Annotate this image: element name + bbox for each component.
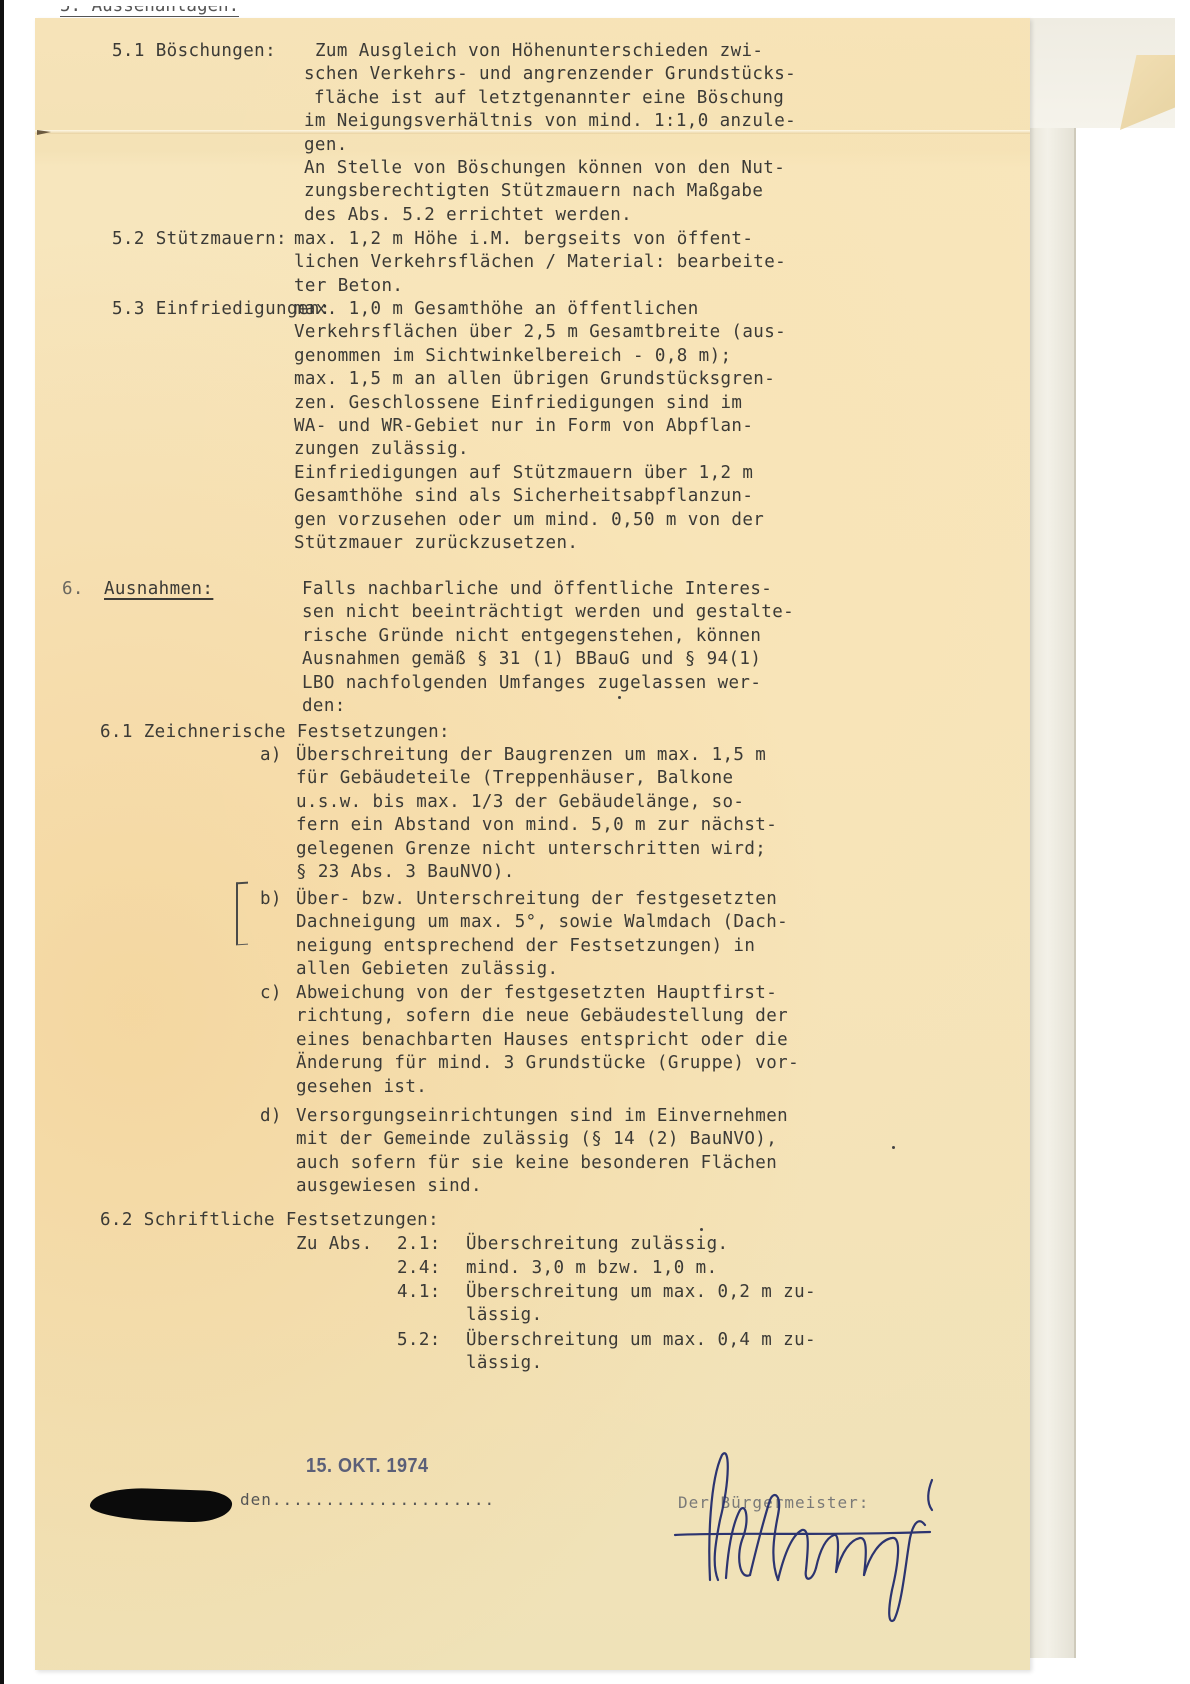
section-6-2-line: lässig. (466, 1304, 543, 1326)
section-5-3-line: genommen im Sichtwinkelbereich - 0,8 m); (294, 345, 731, 367)
section-6-1-item-marker: c) (260, 982, 282, 1004)
section-6-2-line: Überschreitung zulässig. (466, 1233, 728, 1255)
section-6-1-item-line: eines benachbarten Hauses entspricht ode… (296, 1029, 788, 1051)
section-6-1-item-line: mit der Gemeinde zulässig (§ 14 (2) BauN… (296, 1128, 777, 1150)
section-5-3-line: zen. Geschlossene Einfriedigungen sind i… (294, 392, 742, 414)
section-5-1-line: schen Verkehrs- und angrenzender Grundst… (304, 63, 796, 85)
section-6-1-item-line: ausgewiesen sind. (296, 1175, 482, 1197)
section-5-3-line: max. 1,5 m an allen übrigen Grundstücksg… (294, 368, 775, 390)
section-5-3-line: max. 1,0 m Gesamthöhe an öffentlichen (294, 298, 699, 320)
section-6-intro-line: Falls nachbarliche und öffentliche Inter… (302, 578, 772, 600)
section-5-3-line: Einfriedigungen auf Stützmauern über 1,2… (294, 462, 753, 484)
handwritten-signature (670, 1440, 970, 1630)
section-6-1-item-line: allen Gebieten zulässig. (296, 958, 558, 980)
section-6-1-title: 6.1 Zeichnerische Festsetzungen: (100, 721, 450, 743)
section-5-3-line: zungen zulässig. (294, 438, 469, 460)
section-6-intro-line: Ausnahmen gemäß § 31 (1) BBauG und § 94(… (302, 648, 761, 670)
section-6-1-item-line: u.s.w. bis max. 1/3 der Gebäudelänge, so… (296, 791, 744, 813)
place-date-line: den..................... (240, 1490, 495, 1509)
section-6-2-prefix: Zu Abs. (296, 1233, 373, 1255)
section-6-1-item-line: Überschreitung der Baugrenzen um max. 1,… (296, 744, 766, 766)
section-5-2-line: max. 1,2 m Höhe i.M. bergseits von öffen… (294, 228, 753, 250)
section-6-1-item-marker: d) (260, 1105, 282, 1127)
ink-speck (618, 696, 621, 699)
scan-left-edge (0, 0, 4, 1684)
section-5-3-line: Stützmauer zurückzusetzen. (294, 532, 578, 554)
section-6-intro-line: LBO nachfolgenden Umfanges zugelassen we… (302, 672, 761, 694)
section-6-2-ref: 2.4: (397, 1257, 441, 1279)
section-6-1-item-line: Dachneigung um max. 5°, sowie Walmdach (… (296, 911, 788, 933)
date-stamp: 15. OKT. 1974 (306, 1453, 429, 1477)
section-5-1-label: 5.1 Böschungen: (112, 40, 276, 62)
handwritten-bracket-mark (236, 882, 248, 946)
section-6-1-item-line: Versorgungseinrichtungen sind im Einvern… (296, 1105, 788, 1127)
section-6-1-item-line: neigung entsprechend der Festsetzungen) … (296, 935, 755, 957)
section-6-2-line: lässig. (466, 1352, 543, 1374)
section-5-3-line: WA- und WR-Gebiet nur in Form von Abpfla… (294, 415, 753, 437)
section-5-1-line: im Neigungsverhältnis von mind. 1:1,0 an… (304, 110, 796, 132)
section-6-intro-line: den: (302, 695, 346, 717)
section-5-1-line: gen. (304, 134, 348, 156)
section-6-1-item-line: gesehen ist. (296, 1076, 427, 1098)
section-5-1-line: Zum Ausgleich von Höhenunterschieden zwi… (315, 40, 763, 62)
section-6-1-item-marker: a) (260, 744, 282, 766)
section-6-2-line: Überschreitung um max. 0,2 m zu- (466, 1281, 816, 1303)
section-6-2-line: mind. 3,0 m bzw. 1,0 m. (466, 1257, 718, 1279)
section-6-intro-line: rische Gründe nicht entgegenstehen, könn… (302, 625, 761, 647)
ink-speck (700, 1228, 703, 1231)
section-5-3-line: Verkehrsflächen über 2,5 m Gesamtbreite … (294, 321, 786, 343)
section-6-1-item-line: richtung, sofern die neue Gebäudestellun… (296, 1005, 788, 1027)
section-5-2-label: 5.2 Stützmauern: (112, 228, 287, 250)
section-5-2-line: ter Beton. (294, 275, 403, 297)
section-5-1-line: des Abs. 5.2 errichtet werden. (304, 204, 632, 226)
section-6-1-item-line: Abweichung von der festgesetzten Hauptfi… (296, 982, 777, 1004)
section-6-2-ref: 5.2: (397, 1329, 441, 1351)
section-5-1-line: zungsberechtigten Stützmauern nach Maßga… (304, 180, 763, 202)
section-6-number: 6. (62, 578, 84, 600)
section-6-2-title: 6.2 Schriftliche Festsetzungen: (100, 1209, 439, 1231)
section-6-1-item-line: für Gebäudeteile (Treppenhäuser, Balkone (296, 767, 733, 789)
section-6-2-line: Überschreitung um max. 0,4 m zu- (466, 1329, 816, 1351)
back-sheet-edge (1030, 18, 1076, 1658)
section-6-1-item-line: gelegenen Grenze nicht unterschritten wi… (296, 838, 766, 860)
section-5-1-line: fläche ist auf letztgenannter eine Bösch… (314, 87, 784, 109)
section-6-1-item-line: auch sofern für sie keine besonderen Flä… (296, 1152, 777, 1174)
section-5-1-line: An Stelle von Böschungen können von den … (304, 157, 785, 179)
section-6-1-item-line: fern ein Abstand von mind. 5,0 m zur näc… (296, 814, 777, 836)
section-5-2-line: lichen Verkehrsflächen / Material: bearb… (294, 251, 786, 273)
section-6-1-item-line: Änderung für mind. 3 Grundstücke (Gruppe… (296, 1052, 799, 1074)
section-6-1-item-line: § 23 Abs. 3 BauNVO). (296, 861, 515, 883)
section-6-2-ref: 4.1: (397, 1281, 441, 1303)
section-5-3-line: gen vorzusehen oder um mind. 0,50 m von … (294, 509, 764, 531)
section-5-heading: 5. Aussenanlagen: (60, 6, 239, 22)
section-6-2-ref: 2.1: (397, 1233, 441, 1255)
section-6-1-item-line: Über- bzw. Unterschreitung der festgeset… (296, 888, 777, 910)
section-6-intro-line: sen nicht beeinträchtigt werden und gest… (302, 601, 794, 623)
section-6-title: Ausnahmen: (104, 578, 213, 600)
ink-speck (892, 1146, 895, 1149)
section-5-3-line: Gesamthöhe sind als Sicherheitsabpflanzu… (294, 485, 753, 507)
section-6-1-item-marker: b) (260, 888, 282, 910)
